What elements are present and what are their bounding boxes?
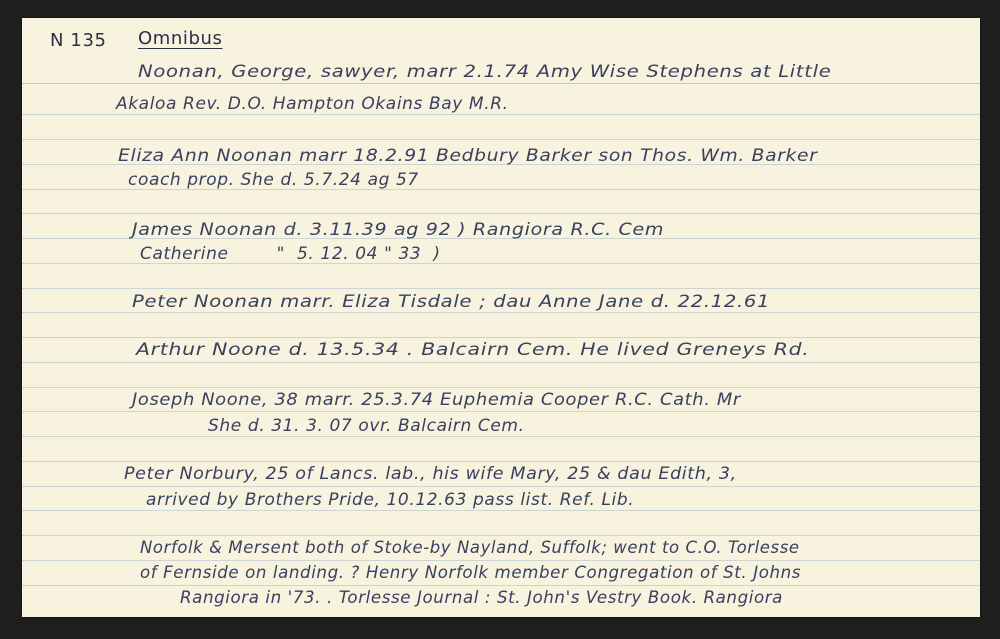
ruled-line [22, 510, 980, 511]
entry-line: Eliza Ann Noonan marr 18.2.91 Bedbury Ba… [118, 146, 818, 166]
ruled-line [22, 387, 980, 388]
index-card: N 135 Omnibus Noonan, George, sawyer, ma… [22, 18, 980, 617]
card-ref-number: N 135 [50, 30, 107, 51]
entry-line: Norfolk & Mersent both of Stoke-by Nayla… [140, 538, 800, 558]
ruled-line [22, 436, 980, 437]
ruled-line [22, 337, 980, 338]
card-heading: Omnibus [138, 28, 223, 49]
entry-line: Joseph Noone, 38 marr. 25.3.74 Euphemia … [132, 390, 741, 410]
entry-line: Noonan, George, sawyer, marr 2.1.74 Amy … [138, 62, 831, 82]
ruled-line [22, 535, 980, 536]
ruled-line [22, 560, 980, 561]
entry-line: Peter Norbury, 25 of Lancs. lab., his wi… [124, 464, 737, 484]
entry-line: Arthur Noone d. 13.5.34 . Balcairn Cem. … [136, 340, 809, 360]
ruled-line [22, 362, 980, 363]
ruled-line [22, 139, 980, 140]
entry-line: Catherine " 5. 12. 04 " 33 ) [140, 244, 441, 264]
ruled-line [22, 461, 980, 462]
ruled-line [22, 213, 980, 214]
entry-line: Akaloa Rev. D.O. Hampton Okains Bay M.R. [116, 94, 509, 114]
entry-line: James Noonan d. 3.11.39 ag 92 ) Rangiora… [132, 220, 664, 240]
entry-line: Peter Noonan marr. Eliza Tisdale ; dau A… [132, 292, 770, 312]
entry-line: arrived by Brothers Pride, 10.12.63 pass… [146, 490, 634, 510]
red-header-rule [22, 83, 980, 84]
ruled-line [22, 585, 980, 586]
entry-line: Rangiora in '73. . Torlesse Journal : St… [180, 588, 783, 608]
entry-line: coach prop. She d. 5.7.24 ag 57 [128, 170, 419, 190]
ruled-line [22, 486, 980, 487]
ruled-line [22, 411, 980, 412]
entry-line: She d. 31. 3. 07 ovr. Balcairn Cem. [208, 416, 525, 436]
ruled-line [22, 312, 980, 313]
ruled-line [22, 114, 980, 115]
entry-line: of Fernside on landing. ? Henry Norfolk … [140, 563, 801, 583]
ruled-line [22, 288, 980, 289]
